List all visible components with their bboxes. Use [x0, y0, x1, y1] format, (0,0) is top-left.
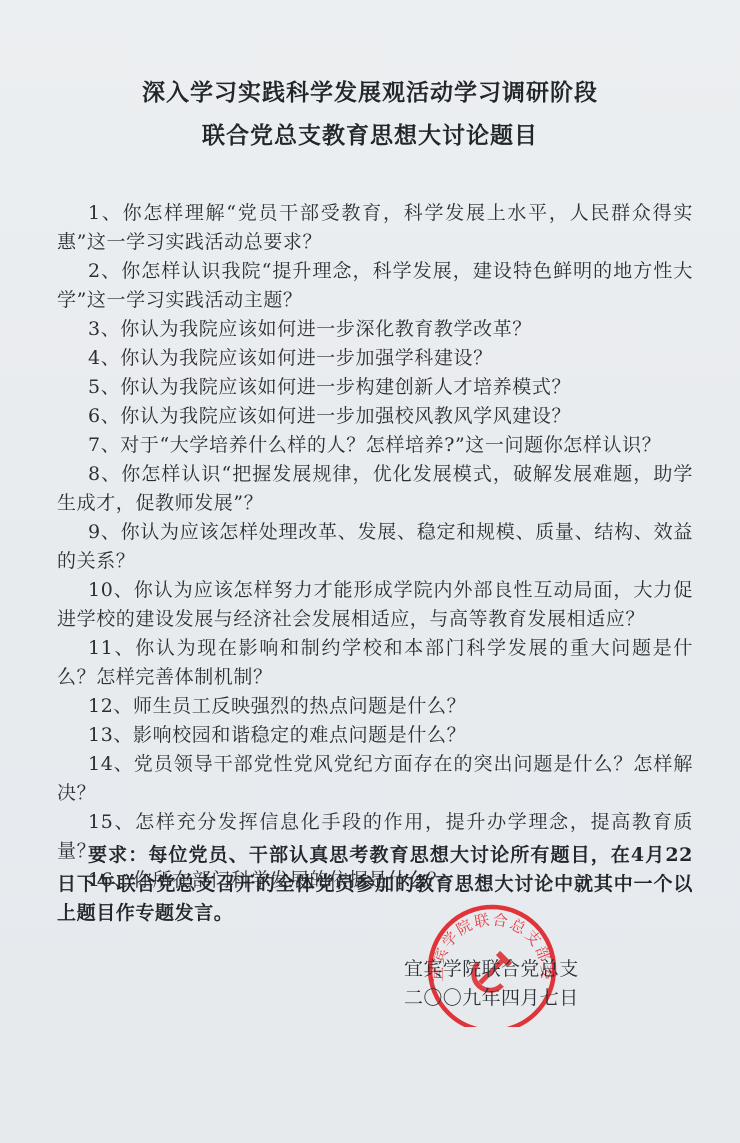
- question-item: 10、你认为应该怎样努力才能形成学院内外部良性互动局面，大力促进学校的建设发展与…: [57, 576, 693, 634]
- signature-date: 二〇〇九年四月七日: [404, 984, 579, 1013]
- question-item: 5、你认为我院应该如何进一步构建创新人才培养模式？: [57, 373, 693, 402]
- question-item: 11、你认为现在影响和制约学校和本部门科学发展的重大问题是什么？怎样完善体制机制…: [57, 634, 693, 692]
- question-item: 14、党员领导干部党性党风党纪方面存在的突出问题是什么？怎样解决？: [57, 750, 693, 808]
- question-item: 3、你认为我院应该如何进一步深化教育教学改革？: [57, 315, 693, 344]
- document-page: 深入学习实践科学发展观活动学习调研阶段 联合党总支教育思想大讨论题目 1、你怎样…: [0, 0, 740, 1143]
- question-item: 4、你认为我院应该如何进一步加强学科建设？: [57, 344, 693, 373]
- signature-organization: 宜宾学院联合党总支: [404, 955, 579, 984]
- document-title-line-1: 深入学习实践科学发展观活动学习调研阶段: [0, 74, 740, 107]
- document-title-line-2: 联合党总支教育思想大讨论题目: [0, 117, 740, 150]
- question-list: 1、你怎样理解“党员干部受教育，科学发展上水平，人民群众得实惠”这一学习实践活动…: [57, 199, 693, 895]
- question-item: 12、师生员工反映强烈的热点问题是什么？: [57, 692, 693, 721]
- question-item: 13、影响校园和谐稳定的难点问题是什么？: [57, 721, 693, 750]
- question-item: 2、你怎样认识我院“提升理念，科学发展，建设特色鲜明的地方性大学”这一学习实践活…: [57, 257, 693, 315]
- question-item: 1、你怎样理解“党员干部受教育，科学发展上水平，人民群众得实惠”这一学习实践活动…: [57, 199, 693, 257]
- question-item: 7、对于“大学培养什么样的人？怎样培养?”这一问题你怎样认识？: [57, 431, 693, 460]
- requirement-paragraph: 要求：每位党员、干部认真思考教育思想大讨论所有题目，在4月22日下午联合党总支召…: [57, 841, 693, 928]
- signature-block: 宜宾学院联合党总支 二〇〇九年四月七日: [404, 955, 579, 1013]
- question-item: 8、你怎样认识“把握发展规律，优化发展模式，破解发展难题，助学生成才，促教师发展…: [57, 460, 693, 518]
- question-item: 9、你认为应该怎样处理改革、发展、稳定和规模、质量、结构、效益的关系？: [57, 518, 693, 576]
- question-item: 6、你认为我院应该如何进一步加强校风教风学风建设？: [57, 402, 693, 431]
